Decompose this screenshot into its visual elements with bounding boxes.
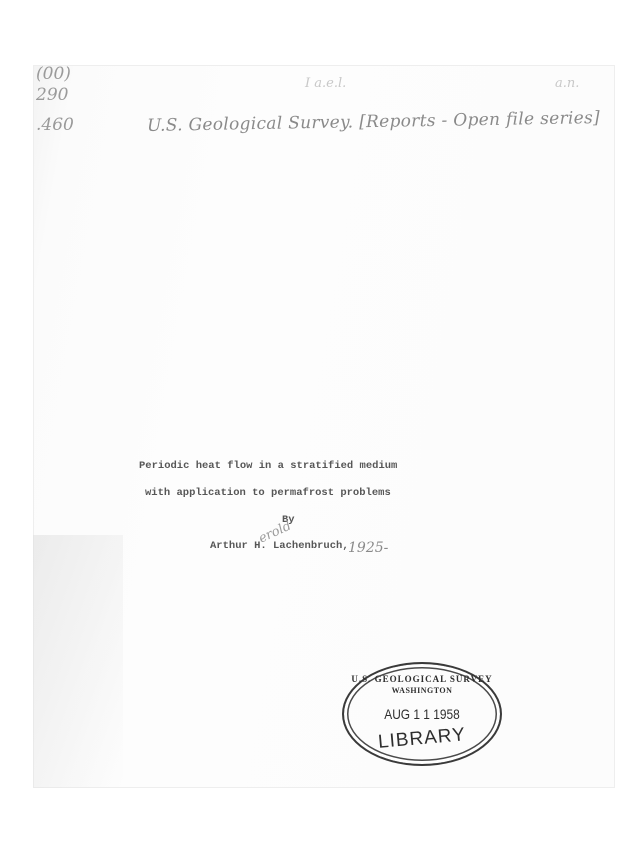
call-number-line-3: .460 bbox=[36, 114, 74, 136]
call-number-line-2: 290 bbox=[36, 84, 68, 106]
library-stamp: U.S. GEOLOGICAL SURVEY WASHINGTON AUG 1 … bbox=[342, 662, 502, 766]
title-line-2: with application to permafrost problems bbox=[145, 487, 391, 499]
faint-pencil-note-2: a.n. bbox=[555, 76, 579, 91]
stamp-city: WASHINGTON bbox=[344, 686, 500, 695]
stamp-agency: U.S. GEOLOGICAL SURVEY bbox=[344, 674, 500, 684]
stamp-date: AUG 1 1 1958 bbox=[356, 706, 489, 722]
call-number-line-1: (00) bbox=[36, 63, 71, 85]
author-name: Arthur H. Lachenbruch, bbox=[210, 540, 349, 552]
document-page bbox=[33, 65, 615, 788]
author-birth-year: 1925- bbox=[348, 540, 388, 556]
stamp-label: LIBRARY bbox=[343, 721, 500, 757]
faint-pencil-note-1: I a.e.l. bbox=[305, 76, 346, 91]
title-line-1: Periodic heat flow in a stratified mediu… bbox=[139, 460, 397, 472]
